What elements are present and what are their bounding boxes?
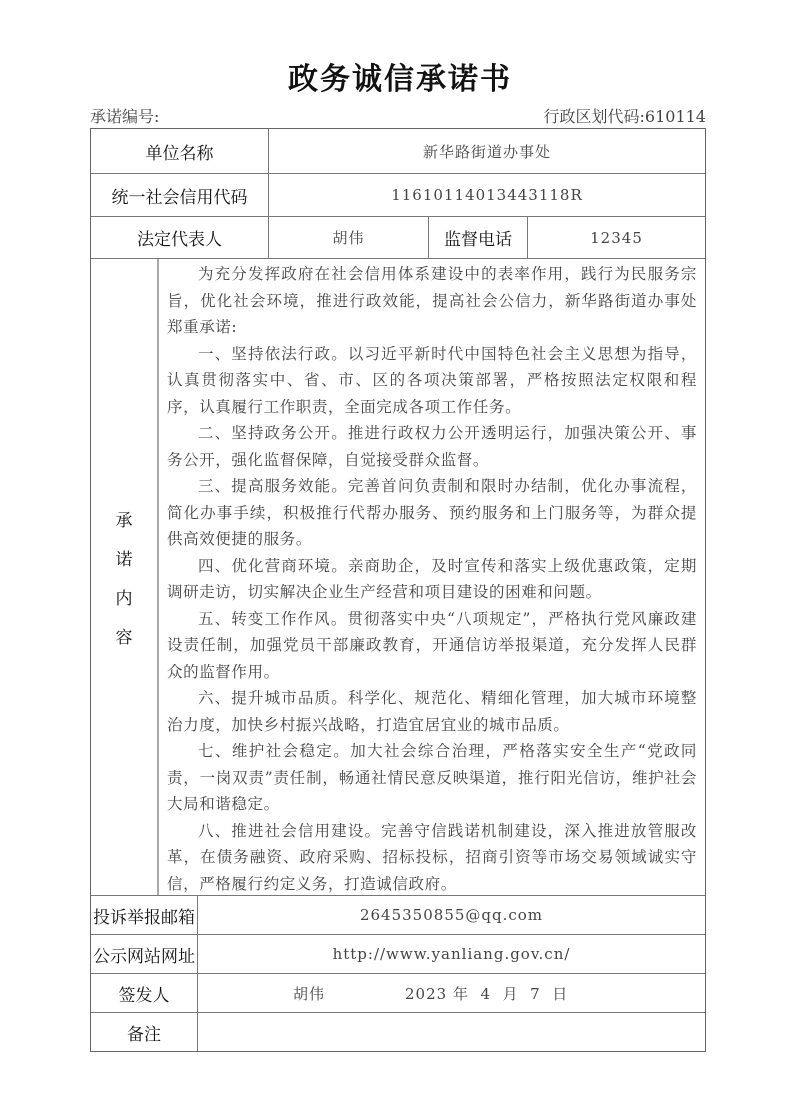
credit-code-label: 统一社会信用代码 bbox=[91, 174, 269, 216]
unit-name-label: 单位名称 bbox=[91, 129, 269, 173]
signer-name: 胡伟 bbox=[293, 983, 325, 1004]
row-content: 承 诺 内 容 为充分发挥政府在社会信用体系建设中的表率作用，践行为民服务宗旨，… bbox=[91, 259, 705, 896]
row-credit-code: 统一社会信用代码 11610114013443118R bbox=[91, 174, 705, 217]
commitment-number-label: 承诺编号: bbox=[90, 104, 159, 127]
paragraph-5: 五、转变工作作风。贯彻落实中央“八项规定”，严格执行党风廉政建设责任制，加强党员… bbox=[167, 606, 697, 686]
row-signer: 签发人 胡伟 2023 年 4 月 7 日 bbox=[91, 974, 705, 1013]
signer-value: 胡伟 2023 年 4 月 7 日 bbox=[198, 974, 705, 1012]
website-label: 公示网站网址 bbox=[91, 935, 198, 973]
paragraph-3: 三、提高服务效能。完善首问负责制和限时办结制，优化办事流程，简化办事手续，积极推… bbox=[167, 473, 697, 553]
paragraph-8: 八、推进社会信用建设。完善守信践诺机制建设，深入推进放管服改革，在债务融资、政府… bbox=[167, 818, 697, 898]
signer-label: 签发人 bbox=[91, 974, 198, 1012]
content-label: 承 诺 内 容 bbox=[91, 259, 159, 895]
content-label-char: 内 bbox=[116, 584, 133, 609]
content-label-char: 承 bbox=[116, 506, 133, 531]
complaint-email-label: 投诉举报邮箱 bbox=[91, 896, 198, 934]
website-value: http://www.yanliang.gov.cn/ bbox=[198, 935, 705, 973]
paragraph-7: 七、维护社会稳定。加大社会综合治理，严格落实安全生产“党政同责，一岗双责”责任制… bbox=[167, 738, 697, 818]
row-complaint-email: 投诉举报邮箱 2645350855@qq.com bbox=[91, 896, 705, 935]
row-legal-rep: 法定代表人 胡伟 监督电话 12345 bbox=[91, 217, 705, 259]
paragraph-1: 一、坚持依法行政。以习近平新时代中国特色社会主义思想为指导，认真贯彻落实中、省、… bbox=[167, 341, 697, 421]
row-unit-name: 单位名称 新华路街道办事处 bbox=[91, 129, 705, 174]
complaint-email-value: 2645350855@qq.com bbox=[198, 896, 705, 934]
content-label-char: 诺 bbox=[116, 545, 133, 570]
document-title: 政务诚信承诺书 bbox=[0, 54, 800, 98]
commitment-table: 单位名称 新华路街道办事处 统一社会信用代码 11610114013443118… bbox=[90, 128, 706, 1052]
paragraph-intro: 为充分发挥政府在社会信用体系建设中的表率作用，践行为民服务宗旨，优化社会环境，推… bbox=[167, 261, 697, 341]
legal-rep-label: 法定代表人 bbox=[91, 217, 269, 258]
supervision-phone-value: 12345 bbox=[528, 217, 705, 258]
region-code-label: 行政区划代码:610114 bbox=[544, 104, 706, 127]
paragraph-2: 二、坚持政务公开。推进行政权力公开透明运行，加强决策公开、事务公开，强化监督保障… bbox=[167, 420, 697, 473]
unit-name-value: 新华路街道办事处 bbox=[269, 129, 705, 173]
paragraph-4: 四、优化营商环境。亲商助企，及时宣传和落实上级优惠政策，定期调研走访，切实解决企… bbox=[167, 553, 697, 606]
supervision-phone-label: 监督电话 bbox=[429, 217, 528, 258]
credit-code-value: 11610114013443118R bbox=[269, 174, 705, 216]
remarks-label: 备注 bbox=[91, 1013, 198, 1051]
commitment-body: 为充分发挥政府在社会信用体系建设中的表率作用，践行为民服务宗旨，优化社会环境，推… bbox=[159, 259, 705, 895]
sign-date: 2023 年 4 月 7 日 bbox=[405, 983, 568, 1004]
row-website: 公示网站网址 http://www.yanliang.gov.cn/ bbox=[91, 935, 705, 974]
legal-rep-value: 胡伟 bbox=[269, 217, 429, 258]
paragraph-6: 六、提升城市品质。科学化、规范化、精细化管理，加大城市环境整治力度，加快乡村振兴… bbox=[167, 685, 697, 738]
meta-line: 承诺编号: 行政区划代码:610114 bbox=[90, 104, 706, 128]
row-remarks: 备注 bbox=[91, 1013, 705, 1051]
content-label-char: 容 bbox=[116, 623, 133, 648]
remarks-value bbox=[198, 1013, 705, 1051]
